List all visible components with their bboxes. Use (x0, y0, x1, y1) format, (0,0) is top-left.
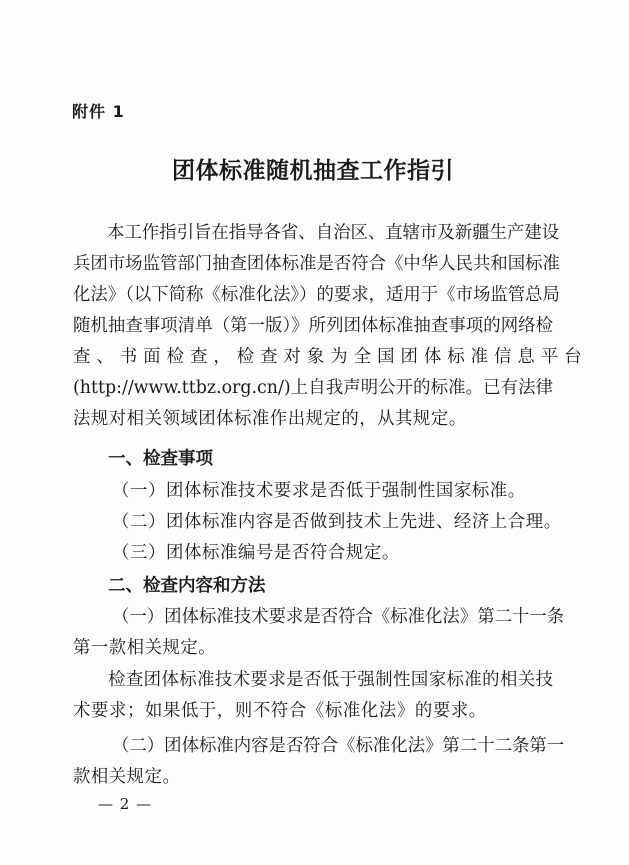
intro-paragraph-line: 查、书面检查，检查对象为全国团体标准信息平台 (73, 346, 553, 368)
inspection-item: （二）团体标准内容是否做到技术上先进、经济上合理。 (112, 511, 562, 533)
intro-paragraph-line: 兵团市场监管部门抽查团体标准是否符合《中华人民共和国标准 (73, 253, 553, 275)
section-heading-content-methods: 二、检查内容和方法 (108, 575, 266, 597)
section-heading-inspection-items: 一、检查事项 (108, 448, 213, 470)
intro-paragraph-line: (http://www.ttbz.org.cn/)上自我声明公开的标准。已有法律 (73, 377, 553, 399)
content-line: 检查团体标准技术要求是否低于强制性国家标准的相关技 (108, 669, 553, 691)
content-line: （一）团体标准技术要求是否符合《标准化法》第二十一条 (112, 606, 553, 628)
content-line: 第一款相关规定。 (73, 637, 216, 659)
inspection-item: （三）团体标准编号是否符合规定。 (112, 542, 400, 564)
attachment-label: 附件 1 (72, 99, 125, 122)
document-title: 团体标准随机抽查工作指引 (172, 152, 454, 185)
intro-paragraph-line: 本工作指引旨在指导各省、自治区、直辖市及新疆生产建设 (73, 222, 553, 244)
content-line: 款相关规定。 (73, 766, 180, 788)
page-number: — 2 — (98, 795, 152, 813)
intro-paragraph-line: 化法》（以下简称《标准化法》）的要求，适用于《市场监管总局 (73, 284, 553, 306)
content-line: 术要求；如果低于，则不符合《标准化法》的要求。 (73, 700, 487, 722)
inspection-item: （一）团体标准技术要求是否低于强制性国家标准。 (112, 480, 526, 502)
content-line: （二）团体标准内容是否符合《标准化法》第二十二条第一 (112, 735, 553, 757)
intro-paragraph-line: 随机抽查事项清单（第一版）》所列团体标准抽查事项的网络检 (73, 315, 553, 337)
intro-paragraph-line: 法规对相关领域团体标准作出规定的，从其规定。 (73, 408, 467, 430)
